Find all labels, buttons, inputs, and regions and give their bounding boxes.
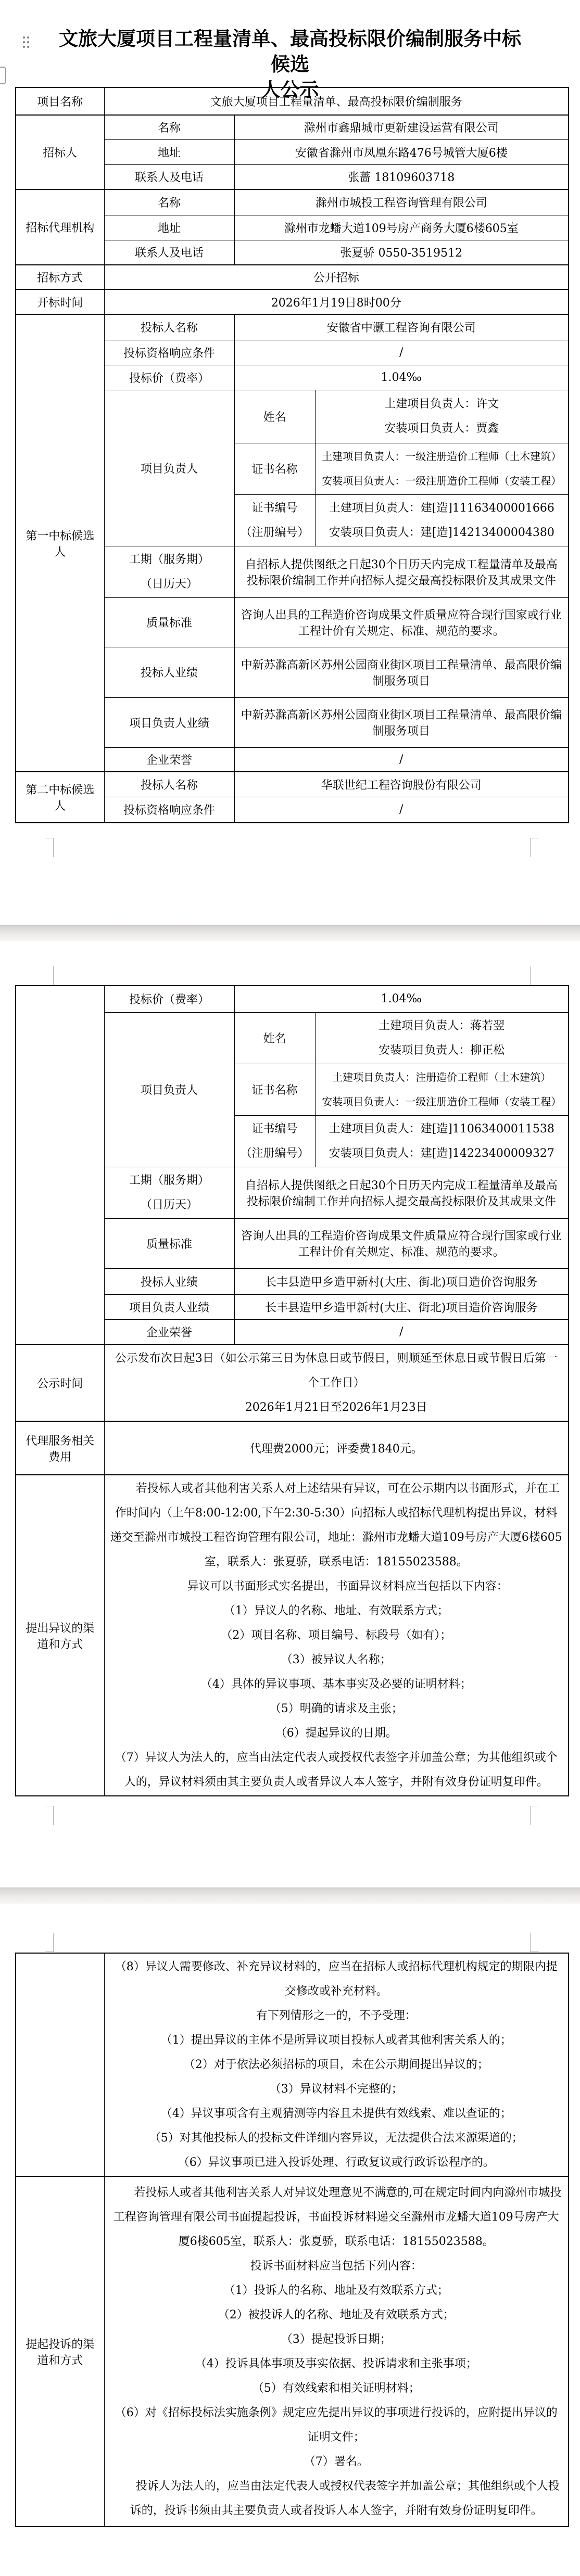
paragraph-line: （4）异议事项含有主观猜测等内容且未提供有效线索、难以查证的； bbox=[110, 2101, 563, 2126]
paragraph-line: 证书编号 bbox=[240, 1117, 310, 1141]
paragraph-line: 有下列情形之一的，不予受理： bbox=[110, 2004, 563, 2028]
paragraph-line: 公示发布次日起3日（如公示第三日为休息日或节假日，则顺延至休息日或节假日后第一个… bbox=[110, 1346, 563, 1395]
open-time-label: 开标时间 bbox=[16, 289, 104, 314]
paragraph-line: （4）投诉具体事项及事实依据、投诉请求和主张事项； bbox=[110, 2352, 563, 2376]
candidate1-manager-record-value: 中新苏滁高新区苏州公园商业街区项目工程量清单、最高限价编制服务项目 bbox=[234, 697, 569, 747]
project-name-label: 项目名称 bbox=[16, 87, 104, 115]
candidate1-name-label: 投标人名称 bbox=[104, 314, 234, 340]
announcement-table-page3: （8）异议人需要修改、补充异议材料的，应当在招标人或招标代理机构规定的期限内提交… bbox=[15, 1953, 569, 2527]
candidate2-price-label: 投标价（费率） bbox=[104, 986, 234, 1012]
candidate1-price-label: 投标价（费率） bbox=[104, 365, 234, 390]
candidate2-quality-label: 质量标准 bbox=[104, 1218, 234, 1268]
candidate2-cert-name-label: 证书名称 bbox=[234, 1064, 315, 1115]
candidate1-group-label: 第一中标候选人 bbox=[16, 314, 104, 772]
agency-address-label: 地址 bbox=[104, 215, 234, 240]
paragraph-line: （1）异议人的名称、地址、有效联系方式； bbox=[110, 1599, 563, 1623]
paragraph-line: （5）明确的请求及主张； bbox=[110, 1697, 563, 1721]
page-margin-mark bbox=[530, 838, 539, 857]
candidate1-manager-names: 土建项目负责人：许文安装项目负责人：贾鑫 bbox=[315, 390, 569, 443]
candidate1-bidder-record-value: 中新苏滁高新区苏州公园商业街区项目工程量清单、最高限价编制服务项目 bbox=[234, 647, 569, 697]
paragraph-line: 安装项目负责人：一级注册造价工程师（安装工程） bbox=[321, 1090, 563, 1114]
method-label: 招标方式 bbox=[16, 265, 104, 289]
agency-contact-value: 张夏骄 0550-3519512 bbox=[234, 240, 569, 265]
paragraph-line: 土建项目负责人：建[造]11063400011538 bbox=[321, 1117, 563, 1141]
paragraph-line: （日历天） bbox=[110, 572, 229, 596]
paragraph-line: （5）对其他投标人的投标文件详细内容异议，无法提供合法来源渠道的； bbox=[110, 2126, 563, 2150]
candidate1-manager-name-label: 姓名 bbox=[234, 390, 315, 443]
paragraph-line: 安装项目负责人：建[造]14223400009327 bbox=[321, 1141, 563, 1166]
candidate1-cert-no-label: 证书编号（注册编号） bbox=[234, 494, 315, 546]
document-page: 文旅大厦项目工程量清单、最高投标限价编制服务中标候选 人公示 项目名称 文旅大厦… bbox=[0, 0, 580, 2576]
candidate2-manager-name-label: 姓名 bbox=[234, 1012, 315, 1064]
agency-fee-value: 代理费2000元；评委费1840元。 bbox=[104, 1421, 569, 1475]
tenderer-name-value: 滁州市鑫鼎城市更新建设运营有限公司 bbox=[234, 115, 569, 139]
objection-channel-label: 提出异议的渠道和方式 bbox=[16, 1475, 104, 1796]
paragraph-line: （2）被投诉人的名称、地址及有效联系方式； bbox=[110, 2303, 563, 2327]
paragraph-line: （2）项目名称、项目编号、标段号（如有）； bbox=[110, 1623, 563, 1648]
table-row: 提起投诉的渠道和方式 若投标人或者其他利害关系人对异议处理意见不满意的,可在规定… bbox=[16, 2176, 569, 2527]
paragraph-line: （注册编号） bbox=[240, 520, 310, 545]
agency-name-value: 滁州市城投工程咨询管理有限公司 bbox=[234, 189, 569, 215]
complaint-channel-content: 若投标人或者其他利害关系人对异议处理意见不满意的,可在规定时间内向滁州市城投工程… bbox=[104, 2176, 569, 2527]
paragraph-line: （5）有效线索和相关证明材料； bbox=[110, 2376, 563, 2401]
table-row: 代理服务相关费用 代理费2000元；评委费1840元。 bbox=[16, 1421, 569, 1475]
candidate2-quality-value: 咨询人出具的工程造价咨询成果文件质量应符合现行国家或行业工程计价有关规定、标准、… bbox=[234, 1218, 569, 1268]
candidate1-manager-record-label: 项目负责人业绩 bbox=[104, 697, 234, 747]
tenderer-group-label: 招标人 bbox=[16, 115, 104, 189]
candidate1-honor-value: / bbox=[234, 747, 569, 772]
page-separator bbox=[0, 1888, 580, 1904]
candidate2-qualification-value: / bbox=[234, 797, 569, 823]
paragraph-line: 异议可以书面形式实名提出，书面异议材料应当包括以下内容： bbox=[110, 1574, 563, 1599]
paragraph-line: （7）署名。 bbox=[110, 2450, 563, 2474]
paragraph-line: 土建项目负责人：蒋若翌 bbox=[321, 1014, 563, 1038]
page-margin-mark bbox=[45, 1806, 54, 1825]
paragraph-line: 若投标人或者其他利害关系人对上述结果有异议，可在公示期内以书面形式，并在工作时间… bbox=[110, 1476, 563, 1574]
candidate2-honor-label: 企业荣誉 bbox=[104, 1319, 234, 1345]
paragraph-line: 工期（服务期） bbox=[110, 547, 229, 572]
paragraph-line: （1）投诉人的名称、地址及有效联系方式； bbox=[110, 2278, 563, 2303]
table-row: 投标价（费率） 1.04‰ bbox=[16, 986, 569, 1012]
candidate1-quality-value: 咨询人出具的工程造价咨询成果文件质量应符合现行国家或行业工程计价有关规定、标准、… bbox=[234, 597, 569, 647]
announcement-table-page1: 项目名称 文旅大厦项目工程量清单、最高投标限价编制服务 招标人 名称 滁州市鑫鼎… bbox=[15, 87, 569, 823]
candidate2-manager-names: 土建项目负责人：蒋若翌安装项目负责人：柳正松 bbox=[315, 1012, 569, 1064]
candidate2-cert-no-values: 土建项目负责人：建[造]11063400011538安装项目负责人：建[造]14… bbox=[315, 1115, 569, 1167]
paragraph-line: （3）提起投诉日期； bbox=[110, 2327, 563, 2352]
agency-address-value: 滁州市龙蟠大道109号房产商务大厦6楼605室 bbox=[234, 215, 569, 240]
paragraph-line: （6）异议事项已进入投诉处理、行政复议或行政诉讼程序的。 bbox=[110, 2150, 563, 2175]
candidate2-period-label: 工期（服务期）（日历天） bbox=[104, 1167, 234, 1218]
table-row: 招标代理机构 名称 滁州市城投工程咨询管理有限公司 bbox=[16, 189, 569, 215]
candidate1-cert-name-label: 证书名称 bbox=[234, 443, 315, 494]
paragraph-line: （6）对《招标投标法实施条例》规定应先提出异议的事项进行投诉的，应附提出异议的证… bbox=[110, 2401, 563, 2450]
paragraph-line: （日历天） bbox=[110, 1193, 229, 1217]
paragraph-line: 安装项目负责人：柳正松 bbox=[321, 1038, 563, 1063]
page-separator bbox=[0, 925, 580, 941]
paragraph-line: 安装项目负责人：贾鑫 bbox=[321, 416, 563, 441]
tenderer-contact-value: 张蔷 18109603718 bbox=[234, 164, 569, 189]
candidate1-period-value: 自招标人提供图纸之日起30个日历天内完成工程量清单及最高投标限价编制工作并向招标… bbox=[234, 546, 569, 597]
candidate1-cert-no-values: 土建项目负责人：建[造]11163400001666安装项目负责人：建[造]14… bbox=[315, 494, 569, 546]
paragraph-line: （8）异议人需要修改、补充异议材料的，应当在招标人或招标代理机构规定的期限内提交… bbox=[110, 1955, 563, 2004]
candidate2-qualification-label: 投标资格响应条件 bbox=[104, 797, 234, 823]
paragraph-line: 投诉人为法人的，应当由法定代表人或授权代表签字并加盖公章；其他组织或个人投诉的，… bbox=[110, 2474, 563, 2523]
paragraph-line: 土建项目负责人：一级注册造价工程师（土木建筑） bbox=[321, 444, 563, 469]
paragraph-line: （3）异议材料不完整的； bbox=[110, 2077, 563, 2101]
candidate2-manager-record-value: 长丰县造甲乡造甲新村(大庄、街北)项目造价咨询服务 bbox=[234, 1294, 569, 1319]
announcement-table-page2: 投标价（费率） 1.04‰ 项目负责人 姓名 土建项目负责人：蒋若翌安装项目负责… bbox=[15, 985, 569, 1796]
agency-name-label: 名称 bbox=[104, 189, 234, 215]
page-margin-mark bbox=[530, 1933, 539, 1952]
candidate2-group-label: 第二中标候选人 bbox=[16, 772, 104, 823]
candidate2-cert-names: 土建项目负责人：注册造价工程师（土木建筑）安装项目负责人：一级注册造价工程师（安… bbox=[315, 1064, 569, 1115]
method-value: 公开招标 bbox=[104, 265, 569, 289]
paragraph-line: 2026年1月21日至2026年1月23日 bbox=[110, 1395, 563, 1420]
paragraph-line: （注册编号） bbox=[240, 1141, 310, 1166]
paragraph-line: 工期（服务期） bbox=[110, 1168, 229, 1193]
edge-widget-fragment bbox=[0, 67, 6, 84]
table-row: （8）异议人需要修改、补充异议材料的，应当在招标人或招标代理机构规定的期限内提交… bbox=[16, 1953, 569, 2176]
paragraph-line: 安装项目负责人：一级注册造价工程师（安装工程） bbox=[321, 469, 563, 493]
table-row: 项目名称 文旅大厦项目工程量清单、最高投标限价编制服务 bbox=[16, 87, 569, 115]
paragraph-line: 证书编号 bbox=[240, 496, 310, 520]
page-margin-mark bbox=[530, 1806, 539, 1825]
open-time-value: 2026年1月19日8时00分 bbox=[104, 289, 569, 314]
paragraph-line: （4）具体的异议事项、基本事实及必要的证明材料； bbox=[110, 1672, 563, 1697]
candidate2-period-value: 自招标人提供图纸之日起30个日历天内完成工程量清单及最高投标限价编制工作并向招标… bbox=[234, 1167, 569, 1218]
publicity-time-value: 公示发布次日起3日（如公示第三日为休息日或节假日，则顺延至休息日或节假日后第一个… bbox=[104, 1345, 569, 1421]
complaint-channel-label: 提起投诉的渠道和方式 bbox=[16, 2176, 104, 2527]
paragraph-line: 土建项目负责人：注册造价工程师（土木建筑） bbox=[321, 1065, 563, 1090]
candidate2-name-label: 投标人名称 bbox=[104, 772, 234, 797]
candidate1-qualification-value: / bbox=[234, 340, 569, 365]
table-row: 招标人 名称 滁州市鑫鼎城市更新建设运营有限公司 bbox=[16, 115, 569, 139]
paragraph-line: （2）对于依法必须招标的项目，未在公示期间提出异议的； bbox=[110, 2052, 563, 2077]
candidate2-manager-record-label: 项目负责人业绩 bbox=[104, 1294, 234, 1319]
table-row: 公示时间 公示发布次日起3日（如公示第三日为休息日或节假日，则顺延至休息日或节假… bbox=[16, 1345, 569, 1421]
candidate1-name-value: 安徽省中灏工程咨询有限公司 bbox=[234, 314, 569, 340]
page-margin-mark bbox=[45, 1933, 54, 1952]
table-row: 第二中标候选人 投标人名称 华联世纪工程咨询股份有限公司 bbox=[16, 772, 569, 797]
agency-group-label: 招标代理机构 bbox=[16, 189, 104, 265]
publicity-time-label: 公示时间 bbox=[16, 1345, 104, 1421]
paragraph-line: 若投标人或者其他利害关系人对异议处理意见不满意的,可在规定时间内向滁州市城投工程… bbox=[110, 2180, 563, 2254]
table-row: 第一中标候选人 投标人名称 安徽省中灏工程咨询有限公司 bbox=[16, 314, 569, 340]
candidate1-period-label: 工期（服务期）（日历天） bbox=[104, 546, 234, 597]
tenderer-name-label: 名称 bbox=[104, 115, 234, 139]
paragraph-line: （7）异议人为法人的，应当由法定代表人或授权代表签字并加盖公章；为其他组织或个人… bbox=[110, 1745, 563, 1794]
paragraph-line: （1）提出异议的主体不是所异议项目投标人或者其他利害关系人的； bbox=[110, 2028, 563, 2052]
paragraph-line: （3）被异议人名称； bbox=[110, 1648, 563, 1672]
agency-contact-label: 联系人及电话 bbox=[104, 240, 234, 265]
objection-channel-continued-cell bbox=[16, 1953, 104, 2176]
candidate1-quality-label: 质量标准 bbox=[104, 597, 234, 647]
page-title-line1: 文旅大厦项目工程量清单、最高投标限价编制服务中标候选 bbox=[52, 26, 528, 77]
objection-channel-content: 若投标人或者其他利害关系人对上述结果有异议，可在公示期内以书面形式，并在工作时间… bbox=[104, 1475, 569, 1796]
candidate2-honor-value: / bbox=[234, 1319, 569, 1345]
paragraph-line: 土建项目负责人：建[造]11163400001666 bbox=[321, 496, 563, 520]
candidate2-price-value: 1.04‰ bbox=[234, 986, 569, 1012]
project-name-value: 文旅大厦项目工程量清单、最高投标限价编制服务 bbox=[104, 87, 569, 115]
page-margin-mark bbox=[45, 838, 54, 857]
candidate2-cert-no-label: 证书编号（注册编号） bbox=[234, 1115, 315, 1167]
tenderer-address-value: 安徽省滁州市凤凰东路476号城管大厦6楼 bbox=[234, 139, 569, 164]
candidate2-manager-label: 项目负责人 bbox=[104, 1012, 234, 1167]
candidate1-bidder-record-label: 投标人业绩 bbox=[104, 647, 234, 697]
candidate1-qualification-label: 投标资格响应条件 bbox=[104, 340, 234, 365]
paragraph-line: 安装项目负责人：建[造]14213400004380 bbox=[321, 520, 563, 545]
table-row: 招标方式 公开招标 bbox=[16, 265, 569, 289]
candidate2-group-continued-cell bbox=[16, 986, 104, 1345]
candidate1-cert-names: 土建项目负责人：一级注册造价工程师（土木建筑）安装项目负责人：一级注册造价工程师… bbox=[315, 443, 569, 494]
tenderer-contact-label: 联系人及电话 bbox=[104, 164, 234, 189]
candidate2-bidder-record-value: 长丰县造甲乡造甲新村(大庄、街北)项目造价咨询服务 bbox=[234, 1268, 569, 1294]
candidate1-manager-label: 项目负责人 bbox=[104, 390, 234, 546]
paragraph-line: 土建项目负责人：许文 bbox=[321, 392, 563, 416]
paragraph-line: （6）提起异议的日期。 bbox=[110, 1721, 563, 1745]
page-margin-mark bbox=[530, 966, 539, 986]
tenderer-address-label: 地址 bbox=[104, 139, 234, 164]
page-margin-mark bbox=[45, 966, 54, 986]
table-row: 提出异议的渠道和方式 若投标人或者其他利害关系人对上述结果有异议，可在公示期内以… bbox=[16, 1475, 569, 1796]
agency-fee-label: 代理服务相关费用 bbox=[16, 1421, 104, 1475]
candidate2-bidder-record-label: 投标人业绩 bbox=[104, 1268, 234, 1294]
table-row: 开标时间 2026年1月19日8时00分 bbox=[16, 289, 569, 314]
paragraph-line: 投诉书面材料应当包括下列内容： bbox=[110, 2254, 563, 2278]
candidate2-name-value: 华联世纪工程咨询股份有限公司 bbox=[234, 772, 569, 797]
table-drag-handle-icon[interactable] bbox=[23, 36, 32, 50]
candidate1-price-value: 1.04‰ bbox=[234, 365, 569, 390]
objection-channel-content-continued: （8）异议人需要修改、补充异议材料的，应当在招标人或招标代理机构规定的期限内提交… bbox=[104, 1953, 569, 2176]
candidate1-honor-label: 企业荣誉 bbox=[104, 747, 234, 772]
